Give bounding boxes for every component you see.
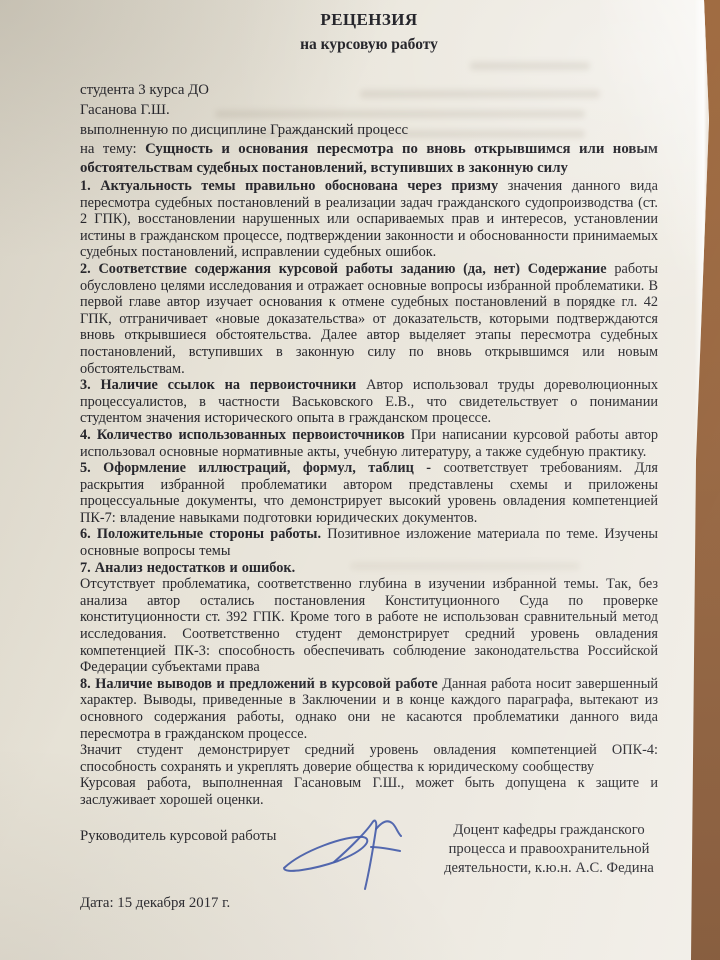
review-conclusion-grade: Курсовая работа, выполненная Гасановым Г… — [80, 775, 658, 808]
reviewer-title-line: деятельности, к.ю.н. А.С. Федина — [440, 859, 658, 878]
discipline-line: выполненную по дисциплине Гражданский пр… — [80, 120, 658, 140]
review-document: РЕЦЕНЗИЯ на курсовую работу студента 3 к… — [80, 10, 658, 912]
review-item-5: 5. Оформление иллюстраций, формул, табли… — [80, 460, 658, 526]
student-name-line: Гасанова Г.Ш. — [80, 100, 658, 120]
reviewer-title: Доцент кафедры гражданского процесса и п… — [440, 821, 658, 878]
review-item-3: 3. Наличие ссылок на первоисточники Авто… — [80, 377, 658, 427]
paper-sheet: РЕЦЕНЗИЯ на курсовую работу студента 3 к… — [0, 0, 720, 960]
topic-title: Сущность и основания пересмотра по вновь… — [80, 141, 658, 176]
student-info: студента 3 курса ДО Гасанова Г.Ш. выполн… — [80, 80, 658, 140]
review-item-1: 1. Актуальность темы правильно обоснован… — [80, 178, 658, 261]
topic-line: на тему: Сущность и основания пересмотра… — [80, 140, 658, 178]
review-item-6: 6. Положительные стороны работы. Позитив… — [80, 526, 658, 559]
document-subtitle: на курсовую работу — [80, 35, 658, 54]
document-photo: РЕЦЕНЗИЯ на курсовую работу студента 3 к… — [0, 0, 720, 960]
corner-fold-highlight — [600, 0, 710, 270]
review-item-8: 8. Наличие выводов и предложений в курсо… — [80, 676, 658, 742]
review-conclusion-competency: Значит студент демонстрирует средний уро… — [80, 742, 658, 775]
review-item-4: 4. Количество использованных первоисточн… — [80, 427, 658, 460]
signature-scribble — [276, 816, 402, 896]
review-item-2: 2. Соответствие содержания курсовой рабо… — [80, 261, 658, 377]
date-line: Дата: 15 декабря 2017 г. — [80, 895, 658, 912]
document-title: РЕЦЕНЗИЯ — [80, 10, 658, 30]
topic-prefix: на тему: — [80, 141, 145, 157]
reviewer-title-line: Доцент кафедры гражданского — [440, 821, 658, 840]
supervisor-label: Руководитель курсовой работы — [80, 828, 276, 845]
reviewer-title-line: процесса и правоохранительной — [440, 840, 658, 859]
student-course-line: студента 3 курса ДО — [80, 80, 658, 100]
review-item-7: 7. Анализ недостатков и ошибок.Отсутству… — [80, 560, 658, 676]
